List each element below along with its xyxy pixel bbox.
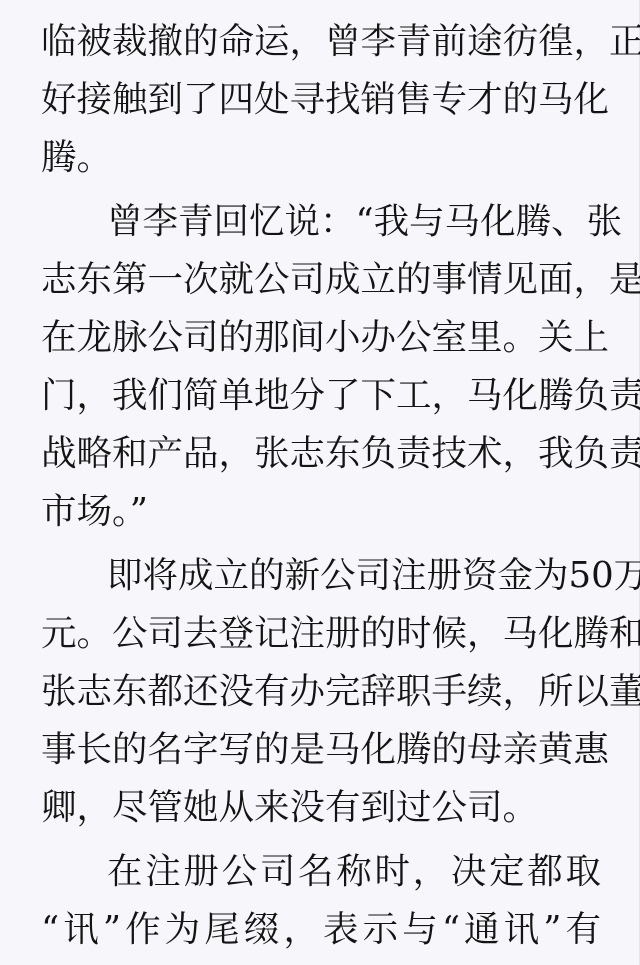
text-line: 张志东都还没有办完辞职手续，所以董 xyxy=(41,672,601,712)
text-line: 市场。” xyxy=(41,492,601,532)
paragraph-first-line: 即将成立的新公司注册资金为50万 xyxy=(107,556,601,596)
text-line: 事长的名字写的是马化腾的母亲黄惠 xyxy=(41,730,601,770)
paragraph-first-line: 曾李青回忆说：“我与马化腾、张 xyxy=(107,202,601,242)
text-line: 志东第一次就公司成立的事情见面，是 xyxy=(41,260,601,300)
text-line: 门，我们简单地分了下工，马化腾负责 xyxy=(41,376,601,416)
text-line: 临被裁撤的命运，曾李青前途彷徨，正 xyxy=(41,22,601,62)
text-line: 在龙脉公司的那间小办公室里。关上 xyxy=(41,318,601,358)
text-line: 腾。 xyxy=(41,138,601,178)
text-line: 战略和产品，张志东负责技术，我负责 xyxy=(41,434,601,474)
paragraph-first-line: 在注册公司名称时，决定都取 xyxy=(107,852,601,892)
text-line: 元。公司去登记注册的时候，马化腾和 xyxy=(41,614,601,654)
document-page: 临被裁撤的命运，曾李青前途彷徨，正 好接触到了四处寻找销售专才的马化 腾。 曾李… xyxy=(0,0,640,965)
text-line: 好接触到了四处寻找销售专才的马化 xyxy=(41,80,601,120)
text-line: “讯”作为尾缀，表示与“通讯”有 xyxy=(41,910,601,950)
text-line: 卿，尽管她从来没有到过公司。 xyxy=(41,788,601,828)
